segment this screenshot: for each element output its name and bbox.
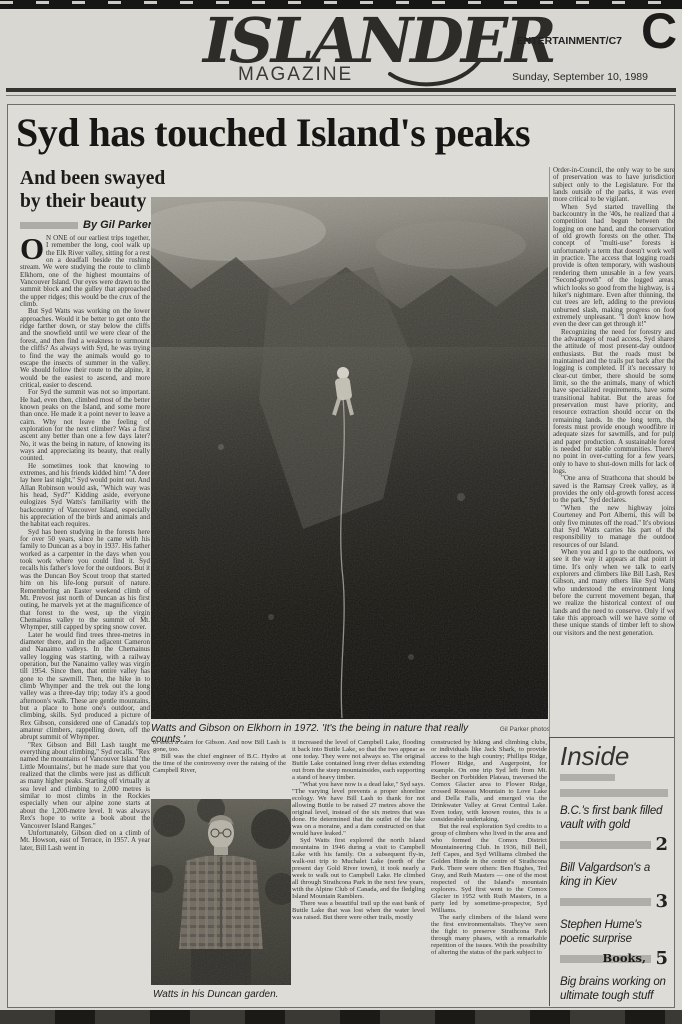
newspaper-page: ISLANDER MAGAZINE ENTERTAINMENT/C7 C Sun… <box>0 0 682 1024</box>
paragraph: There was a beautiful trail up the east … <box>292 900 425 921</box>
page-bottom-trim <box>0 1010 682 1024</box>
paragraph: constructed by hiking and climbing clubs… <box>431 739 547 823</box>
article-column-3: it increased the level of Campbell Lake,… <box>292 739 425 1005</box>
article-column-2: to erect a cairn for Gibson. And now Bil… <box>153 739 286 797</box>
dropcap: O <box>20 236 44 262</box>
paragraph: "When the new highway joins Courteney an… <box>553 505 675 549</box>
garden-photo <box>151 799 291 985</box>
paragraph: He sometimes took that knowing to extrem… <box>20 463 150 529</box>
paragraph: "One area of Strathcona that should be s… <box>553 475 675 504</box>
byline: By Gil Parker <box>20 219 152 231</box>
paragraph: "Rex Gibson and Bill Lash taught me ever… <box>20 742 150 830</box>
paragraph: When Syd started travelling the backcoun… <box>553 204 675 329</box>
divider-bar <box>560 898 651 906</box>
article-column-5: Order-in-Council, the only way to be sur… <box>553 167 675 735</box>
divider-bar <box>560 774 615 781</box>
byline-text: By Gil Parker <box>83 219 152 231</box>
paragraph: Order-in-Council, the only way to be sur… <box>553 167 675 204</box>
garden-photo-caption: Watts in his Duncan garden. <box>153 989 303 1000</box>
section-letter: C <box>641 6 677 56</box>
inside-title: Inside <box>560 743 668 770</box>
page-number: 3 <box>655 893 668 911</box>
inside-row: 2 <box>560 836 668 854</box>
paragraph: When you and I go to the outdoors, we se… <box>553 549 675 637</box>
inside-row: Books, 5 <box>560 950 668 968</box>
photo-credit: Gil Parker photos <box>500 726 550 733</box>
paragraph: The early climbers of the Island were th… <box>431 914 547 956</box>
article: Syd has touched Island's peaks And been … <box>7 104 675 1008</box>
paragraph: to erect a cairn for Gibson. And now Bil… <box>153 739 286 753</box>
page-number: 5 <box>655 950 668 968</box>
books-section-label: Books, <box>602 951 646 965</box>
subhead-line-2: by their beauty <box>20 190 165 213</box>
paragraph: ON ONE of our earliest trips together, I… <box>20 235 150 308</box>
paragraph: For Syd the summit was not so important.… <box>20 389 150 462</box>
inside-item-hume: Stephen Hume's poetic surprise <box>560 918 668 946</box>
magazine-subtitle: MAGAZINE <box>238 64 353 86</box>
masthead-rule <box>6 88 676 92</box>
page-number: 2 <box>655 836 668 854</box>
garden-photo-art <box>151 799 291 985</box>
subhead-line-1: And been swayed <box>20 167 165 190</box>
main-photo-art <box>151 197 548 719</box>
paragraph: But the real exploration Syd credits to … <box>431 823 547 914</box>
article-column-1: ON ONE of our earliest trips together, I… <box>20 235 150 1001</box>
headline: Syd has touched Island's peaks <box>16 109 668 156</box>
paragraph: Later he would find trees three-metres i… <box>20 632 150 742</box>
paragraph: Unfortunately, Gibson died on a climb of… <box>20 830 150 852</box>
issue-date: Sunday, September 10, 1989 <box>498 71 648 83</box>
paragraph: it increased the level of Campbell Lake,… <box>292 739 425 781</box>
column-divider-rule <box>549 167 550 737</box>
inside-item-big-brains: Big brains working on ultimate tough stu… <box>560 975 668 1003</box>
inside-item-valgardson: Bill Valgardson's a king in Kiev <box>560 861 668 889</box>
article-column-4: constructed by hiking and climbing clubs… <box>431 739 547 1005</box>
divider-bar <box>560 841 651 849</box>
section-label: ENTERTAINMENT/C7 <box>492 35 622 47</box>
paragraph: But Syd Watts was working on the lower a… <box>20 308 150 389</box>
byline-bar <box>20 222 78 229</box>
main-photo-elkhorn <box>151 197 548 719</box>
paragraph: Syd has been studying in the forests her… <box>20 529 150 632</box>
paragraph: Syd Watts first explored the north Islan… <box>292 837 425 900</box>
inside-panel: Inside B.C.'s first bank filled vault wi… <box>549 737 674 1006</box>
subhead: And been swayed by their beauty <box>20 167 165 213</box>
divider-bar <box>560 789 668 797</box>
inside-item-bank: B.C.'s first bank filled vault with gold <box>560 804 668 832</box>
paragraph: Bill was the chief engineer of B.C. Hydr… <box>153 753 286 774</box>
paragraph: "What you have now is a dead lake," Syd … <box>292 781 425 837</box>
paragraph: Recognizing the need for forestry and th… <box>553 329 675 476</box>
masthead-rule-thin <box>6 95 676 96</box>
inside-row: 3 <box>560 893 668 911</box>
